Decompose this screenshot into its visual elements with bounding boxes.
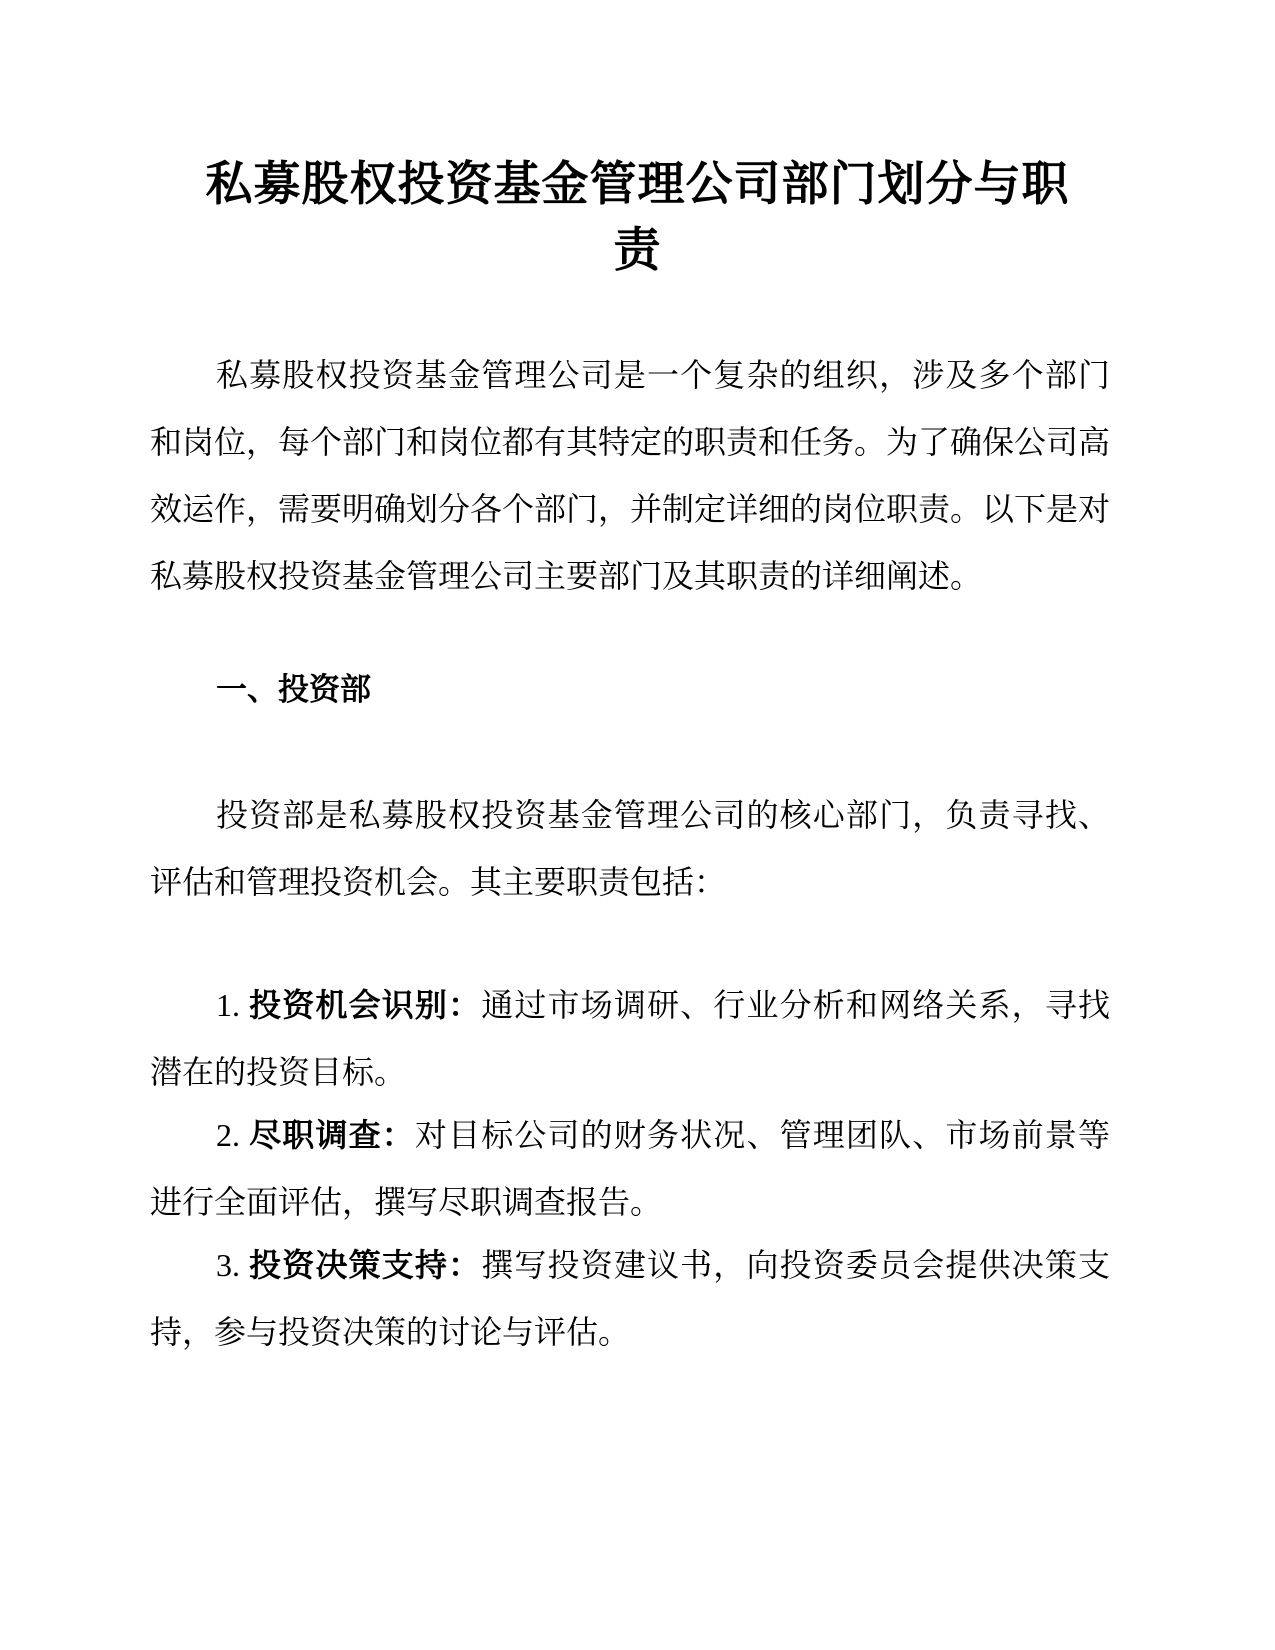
list-item-label: 投资机会识别： xyxy=(249,986,481,1024)
list-item-label: 投资决策支持： xyxy=(249,1246,481,1284)
list-item-label: 尽职调查： xyxy=(249,1116,415,1154)
section-description: 投资部是私募股权投资基金管理公司的核心部门，负责寻找、评估和管理投资机会。其主要… xyxy=(150,782,1110,916)
list-item-1: 1. 投资机会识别：通过市场调研、行业分析和网络关系，寻找潜在的投资目标。 xyxy=(150,972,1110,1106)
section-heading-investment: 一、投资部 xyxy=(216,665,371,715)
list-item-number: 2. xyxy=(216,1117,249,1153)
list-item-3: 3. 投资决策支持：撰写投资建议书，向投资委员会提供决策支持，参与投资决策的讨论… xyxy=(150,1232,1110,1366)
title-line-1: 私募股权投资基金管理公司部门划分与职 xyxy=(150,152,1125,218)
list-item-2: 2. 尽职调查：对目标公司的财务状况、管理团队、市场前景等进行全面评估，撰写尽职… xyxy=(150,1102,1110,1236)
list-item-number: 3. xyxy=(216,1247,249,1283)
document-title: 私募股权投资基金管理公司部门划分与职 责 xyxy=(150,152,1125,284)
intro-paragraph: 私募股权投资基金管理公司是一个复杂的组织，涉及多个部门和岗位，每个部门和岗位都有… xyxy=(150,342,1110,610)
title-line-2: 责 xyxy=(150,218,1125,284)
document-page: 私募股权投资基金管理公司部门划分与职 责 私募股权投资基金管理公司是一个复杂的组… xyxy=(0,0,1275,1650)
list-item-number: 1. xyxy=(216,987,249,1023)
